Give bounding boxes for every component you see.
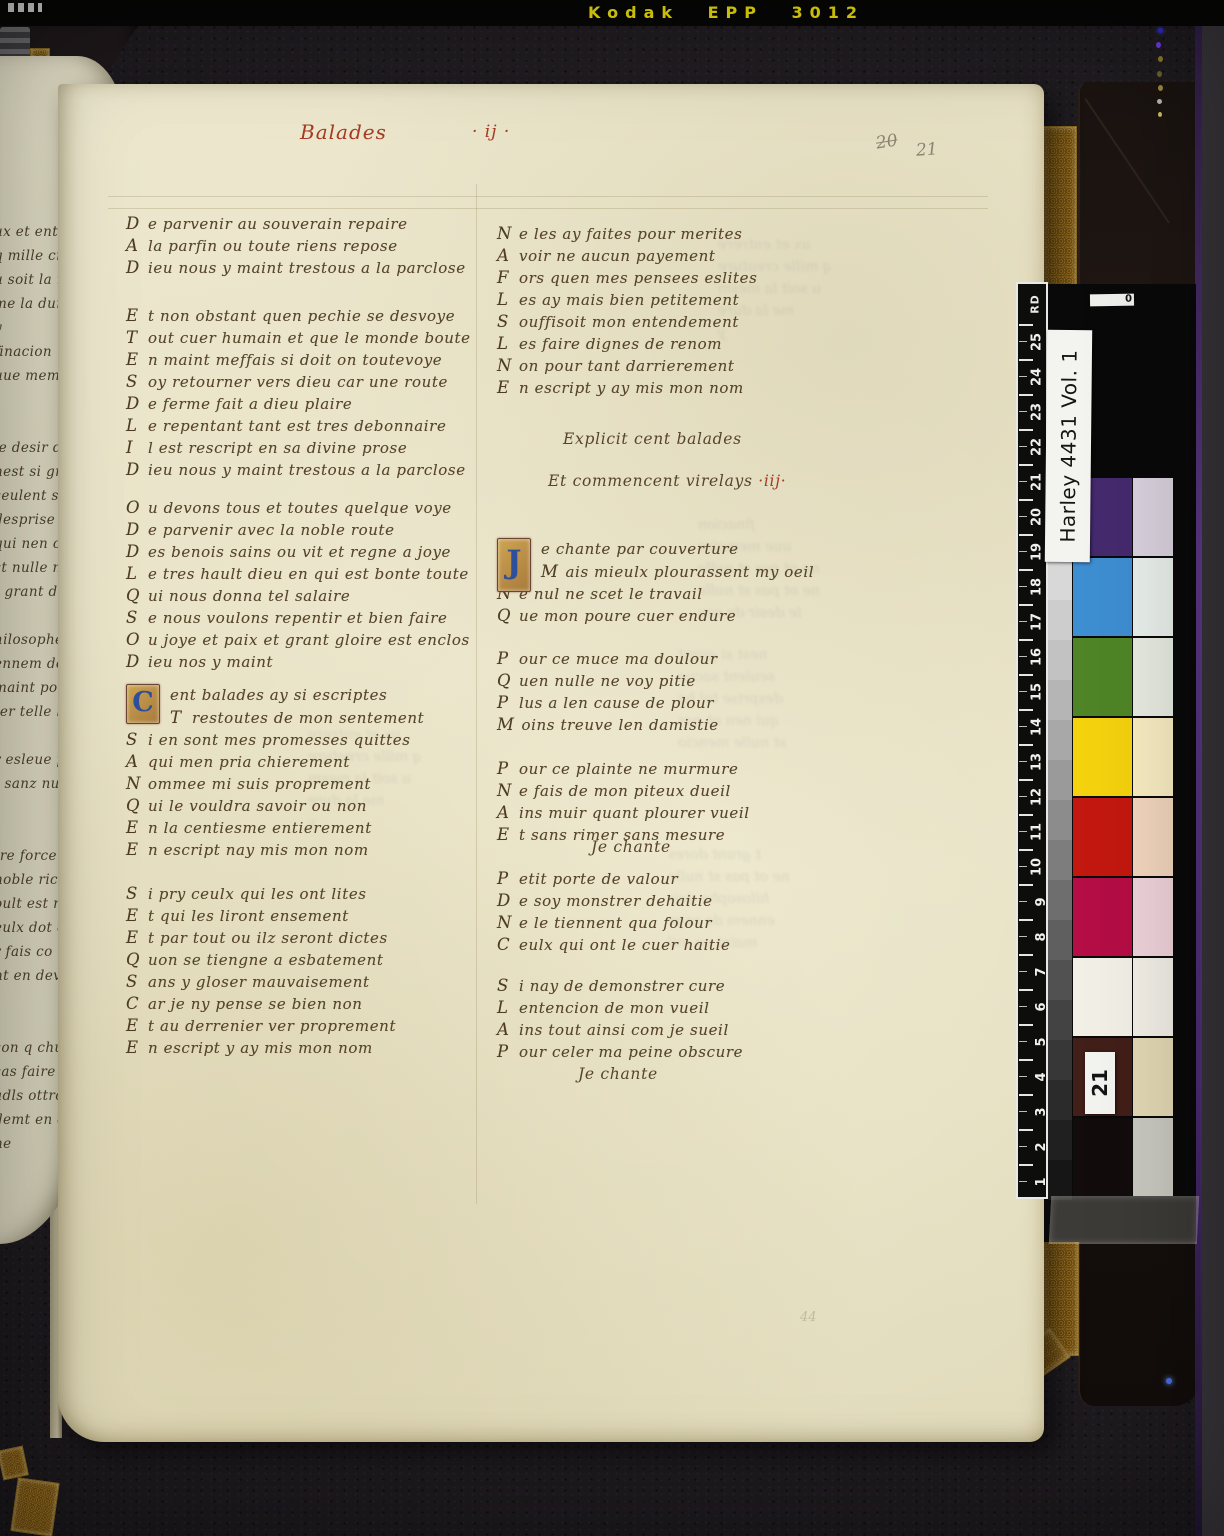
ruler-cell: 23 [1018,394,1046,429]
ruler-number: 18 [1029,577,1044,595]
line-initial: I [126,438,141,457]
line-initial: N [497,781,512,800]
text-line: En maint meffais si doit on toutevoye [126,350,471,372]
film-brand-text: Kodak EPP 3012 [588,3,864,22]
stanza: Ne les ay faites pour meritesAvoir ne au… [497,224,757,400]
ruler-cell: 5 [1018,1024,1046,1059]
text-line: Si en sont mes promesses quittes [126,730,424,752]
ruler-number: 12 [1029,787,1044,805]
line-text: i en sont mes promesses quittes [148,731,411,749]
ruler-number: 20 [1029,507,1044,525]
line-initial: A [497,1020,512,1039]
rubric-numeral: ·iij· [753,472,787,490]
line-initial: T [170,708,185,727]
shelfmark-label: Harley 4431 Vol. 1 [1045,330,1092,562]
ruler-cell: 19 [1018,534,1046,569]
line-text: e nous voulons repentir et bien faire [148,609,447,627]
line-text: lus a len cause de plour [519,694,714,712]
line-initial: E [126,1016,141,1035]
text-line: Plus a len cause de plour [497,693,719,715]
text-line: Pour ce plainte ne murmure [497,759,750,781]
line-text: qui men pria chierement [148,753,350,771]
line-initial: F [497,268,512,287]
line-text: e fais de mon piteux dueil [519,782,731,800]
gray-step [1048,920,1072,960]
corner-label: 0 [1090,294,1134,307]
line-text: ins tout ainsi com je sueil [519,1021,729,1039]
pastel-patch-green [1133,638,1173,718]
text-line: Ains muir quant plourer vueil [497,803,750,825]
ruler-cell: 25 [1018,324,1046,359]
line-text: uen nulle ne voy pitie [519,672,696,690]
pastel-patch-white [1133,958,1173,1038]
gray-step [1048,880,1072,920]
ruler-cell: 11 [1018,814,1046,849]
line-initial: L [126,564,141,583]
bead-chain [1150,24,1170,124]
line-text: ar je ny pense se bien non [148,995,363,1013]
line-text: ieu nous y maint trestous a la parclose [148,259,466,277]
ruler-cell: 9 [1018,884,1046,919]
line-initial: T [126,328,141,347]
line-text: oy retourner vers dieu car une route [148,373,448,391]
line-text: our ce muce ma doulour [519,650,718,668]
quire-numeral: · ij · [472,122,510,142]
page-heading: Balades [300,120,387,144]
line-initial: D [126,394,141,413]
film-edge-line [1195,26,1202,1536]
text-line: ent balades ay si escriptes [126,686,424,708]
ruler-number: 9 [1034,897,1049,906]
text-line: Ne fais de mon piteux dueil [497,781,750,803]
line-text: i pry ceulx qui les ont lites [148,885,367,903]
gray-step [1048,1160,1072,1200]
line-text: ans y gloser mauvaisement [148,973,370,991]
shelfmark-text: Harley 4431 Vol. 1 [1055,349,1081,542]
color-patch-green [1073,638,1132,718]
gilt-fore-edge-top [1041,126,1077,290]
ruler-number: 15 [1029,682,1044,700]
line-initial: E [126,306,141,325]
text-line: Petit porte de valour [497,869,731,891]
ruler-number: 14 [1029,717,1044,735]
line-initial: Q [126,796,141,815]
text-line: De ferme fait a dieu plaire [126,394,471,416]
line-text: our celer ma peine obscure [519,1043,743,1061]
stanza: Cent balades ay si escriptesTrestoutes d… [126,686,424,862]
pastel-patch-black [1133,1118,1173,1198]
line-initial: O [126,498,141,517]
text-line: De parvenir avec la noble route [126,520,470,542]
text-line: Qui nous donna tel salaire [126,586,470,608]
line-text: e tres hault dieu en qui est bonte toute [148,565,469,583]
gray-step [1048,1120,1072,1160]
ruler-cell: 6 [1018,989,1046,1024]
line-initial: A [497,246,512,265]
gray-step [1048,720,1072,760]
text-line: Ne nul ne scet le travail [497,584,814,606]
stanza: De parvenir au souverain repaireAla parf… [126,214,466,280]
ruler-cell: 3 [1018,1094,1046,1129]
ruler-cell: 16 [1018,639,1046,674]
ruler-cell: 4 [1018,1059,1046,1094]
line-text: restoutes de mon sentement [192,709,424,727]
ruler-number: 25 [1029,332,1044,350]
line-initial: N [497,356,512,375]
text-line: Mais mieulx plourassent my oeil [497,562,814,584]
line-initial: A [126,236,141,255]
line-text: ieu nos y maint [148,653,273,671]
text-line: Se nous voulons repentir et bien faire [126,608,470,630]
line-text: ui nous donna tel salaire [148,587,350,605]
line-text: es faire dignes de renom [519,335,722,353]
stanza: Petit porte de valourDe soy monstrer deh… [497,869,731,957]
text-line: Quon se tiengne a esbatement [126,950,396,972]
line-initial: L [497,334,512,353]
ruler-cell: 20 [1018,499,1046,534]
text-line: Le repentant tant est tres debonnaire [126,416,471,438]
line-initial: D [126,460,141,479]
line-initial: N [497,224,512,243]
text-line: Ne le tiennent qua folour [497,913,731,935]
line-text: ui le vouldra savoir ou non [148,797,367,815]
showthrough-line: finacion [698,514,754,536]
line-initial: S [126,608,141,627]
text-line: Nommee mi suis proprement [126,774,424,796]
line-text: l est rescript en sa divine prose [148,439,407,457]
text-line: Sans y gloser mauvaisement [126,972,396,994]
line-text: t par tout ou ilz seront dictes [148,929,388,947]
ruler-cell: 12 [1018,779,1046,814]
gray-step [1048,680,1072,720]
line-text: t au derrenier ver proprement [148,1017,396,1035]
line-initial: L [497,290,512,309]
illuminated-initial: J [497,538,531,592]
ruler-number: 3 [1034,1107,1049,1116]
line-text: la parfin ou toute riens repose [148,237,398,255]
line-text: ommee mi suis proprement [148,775,371,793]
line-text: entencion de mon vueil [519,999,710,1017]
ruling-line [476,184,477,1204]
line-text: e repentant tant est tres debonnaire [148,417,446,435]
line-initial: S [126,972,141,991]
ruler-number: 7 [1034,967,1049,976]
gray-step [1048,640,1072,680]
line-initial: D [126,520,141,539]
incipit-line: Et commencent virelays ·iij· [548,472,786,490]
pencil-note: 44 [800,1310,817,1325]
ruler-cell: 14 [1018,709,1046,744]
text-line: En escript nay mis mon nom [126,840,424,862]
text-line: Dieu nous y maint trestous a la parclose [126,460,471,482]
text-line: En escript y ay mis mon nom [497,378,757,400]
ruler-number: 10 [1029,857,1044,875]
text-line: Ala parfin ou toute riens repose [126,236,466,258]
line-initial: P [497,649,512,668]
text-line: Fors quen mes pensees eslites [497,268,757,290]
line-text: e chante par couverture [541,540,739,558]
ruler-number: 21 [1029,472,1044,490]
manuscript-page: Balades · ij · 20 21 44 ux et entrereq m… [58,84,1044,1442]
color-patch-crimson [1073,878,1132,958]
ruler-number: 19 [1029,542,1044,560]
pastel-patch-red [1133,798,1173,878]
ruler-top: RD [1018,284,1046,324]
ruler-cell: 7 [1018,954,1046,989]
line-text: eulx qui ont le cuer haitie [519,936,731,954]
ruler-number: 1 [1034,1177,1049,1186]
line-initial: E [126,840,141,859]
line-initial: P [497,693,512,712]
line-text: e les ay faites pour merites [519,225,742,243]
ruler-number: 23 [1029,402,1044,420]
text-line: Avoir ne aucun payement [497,246,757,268]
line-initial: E [497,378,512,397]
line-text: n escript nay mis mon nom [148,841,369,859]
line-text: u devons tous et toutes quelque voye [148,499,452,517]
text-line: Ou joye et paix et grant gloire est encl… [126,630,470,652]
ruler-number: 8 [1034,932,1049,941]
ruling-line [108,208,988,209]
text-line: Les faire dignes de renom [497,334,757,356]
grayscale-wedge [1048,480,1072,1200]
showthrough-line: t grant dores [668,844,761,866]
line-initial: E [126,1038,141,1057]
line-text: n escript y ay mis mon nom [148,1039,373,1057]
line-text: i nay de demonstrer cure [519,977,725,995]
line-text: oins treuve len damistie [522,716,719,734]
text-line: Ne les ay faites pour merites [497,224,757,246]
text-line: Ceulx qui ont le cuer haitie [497,935,731,957]
line-initial: Q [497,606,512,625]
line-initial: E [126,818,141,837]
line-text: t qui les liront ensement [148,907,349,925]
text-line: Il est rescript en sa divine prose [126,438,471,460]
stanza: Pour ce plainte ne murmureNe fais de mon… [497,759,750,847]
image-number-label: 21 [1085,1052,1115,1114]
line-text: on pour tant darrierement [519,357,735,375]
gray-step [1048,760,1072,800]
text-line: Le tres hault dieu en qui est bonte tout… [126,564,470,586]
ruling-line [108,196,988,197]
line-initial: P [497,1042,512,1061]
text-line: Pour ce muce ma doulour [497,649,719,671]
stanza: Pour ce muce ma doulourQuen nulle ne voy… [497,649,719,737]
line-initial: D [497,891,512,910]
line-text: ieu nous y maint trestous a la parclose [148,461,466,479]
illuminated-initial: C [126,684,160,724]
line-text: ent balades ay si escriptes [170,686,387,704]
color-patch-black [1073,1118,1132,1198]
ruler: RD 2524232221201918171615141312111098765… [1016,282,1048,1199]
text-line: Moins treuve len damistie [497,715,719,737]
line-text: e nul ne scet le travail [519,585,703,603]
line-initial: O [126,630,141,649]
line-text: es ay mais bien petitement [519,291,739,309]
line-initial: E [126,906,141,925]
folio-number: 21 [915,139,938,160]
line-text: ouffisoit mon entendement [519,313,739,331]
ruler-number: 4 [1034,1072,1049,1081]
line-text: out cuer humain et que le monde boute [148,329,471,347]
text-line: Dieu nous y maint trestous a la parclose [126,258,466,280]
color-patch-white [1073,958,1132,1038]
film-edge-strip [1202,26,1224,1536]
text-line: Si nay de demonstrer cure [497,976,743,998]
text-line: Des benois sains ou vit et regne a joye [126,542,470,564]
manuscript-photo: ux et entrereq mille creatureu soit la m… [0,0,1224,1536]
text-line: Aqui men pria chierement [126,752,424,774]
text-line: Qui le vouldra savoir ou non [126,796,424,818]
refrain: Je chante [578,1065,658,1083]
line-initial: D [126,258,141,277]
line-initial: L [126,416,141,435]
gray-step [1048,600,1072,640]
line-initial: C [126,994,141,1013]
stanza: Et non obstant quen pechie se desvoyeTou… [126,306,471,482]
stanza: Je chante par couvertureMais mieulx plou… [497,540,814,628]
line-text: n la centiesme entierement [148,819,372,837]
ruler-cell: 21 [1018,464,1046,499]
line-initial: S [126,884,141,903]
text-line: En la centiesme entierement [126,818,424,840]
gray-step [1048,1000,1072,1040]
pastel-patch-crimson [1133,878,1173,958]
line-initial: Q [126,586,141,605]
line-text: e le tiennent qua folour [519,914,712,932]
stanza: Ou devons tous et toutes quelque voyeDe … [126,498,470,674]
stanza: Si pry ceulx qui les ont litesEt qui les… [126,884,396,1060]
pastel-patch-maroon [1133,1038,1173,1118]
ruler-number: 5 [1034,1037,1049,1046]
line-initial: N [497,913,512,932]
ruler-number: 6 [1034,1002,1049,1011]
refrain: Je chante [591,838,671,856]
stanza: Si nay de demonstrer cureLentencion de m… [497,976,743,1064]
line-text: ue mon poure cuer endure [519,607,736,625]
color-patch-blue [1073,558,1132,638]
ruler-number: 11 [1029,822,1044,840]
ruler-cell: 18 [1018,569,1046,604]
line-text: our ce plainte ne murmure [519,760,738,778]
gray-step [1048,1040,1072,1080]
text-line: Ou devons tous et toutes quelque voye [126,498,470,520]
line-initial: Q [497,671,512,690]
line-initial: D [126,652,141,671]
ruler-cell: 8 [1018,919,1046,954]
text-line: e chante par couverture [497,540,814,562]
ruler-number: 22 [1029,437,1044,455]
line-initial: E [497,825,512,844]
gray-step [1048,800,1072,840]
line-initial: M [497,715,515,734]
line-text: e ferme fait a dieu plaire [148,395,352,413]
ruler-number: 24 [1029,367,1044,385]
text-line: De soy monstrer dehaitie [497,891,731,913]
text-line: Que mon poure cuer endure [497,606,814,628]
explicit-line: Explicit cent balades [563,430,742,448]
ruler-number: 2 [1034,1142,1049,1151]
line-initial: S [126,730,141,749]
line-text: e parvenir au souverain repaire [148,215,408,233]
line-initial: S [497,312,512,331]
line-text: n escript y ay mis mon nom [519,379,744,397]
ruler-cell: 24 [1018,359,1046,394]
ruler-cell: 1 [1018,1164,1046,1199]
line-initial: P [497,869,512,888]
line-initial: D [126,214,141,233]
tape-overlay [1049,1196,1200,1244]
line-text: es benois sains ou vit et regne a joye [148,543,451,561]
ruler-cell: 13 [1018,744,1046,779]
line-initial: Q [126,950,141,969]
gray-step [1048,960,1072,1000]
ruler-cell: 17 [1018,604,1046,639]
line-initial: M [541,562,559,581]
line-initial: S [497,976,512,995]
text-line: Pour celer ma peine obscure [497,1042,743,1064]
ruler-cell: 10 [1018,849,1046,884]
text-line: Et au derrenier ver proprement [126,1016,396,1038]
folio-number-old: 20 [875,130,900,153]
line-initial: P [497,759,512,778]
text-line: Car je ny pense se bien non [126,994,396,1016]
line-text: voir ne aucun payement [519,247,716,265]
pastel-patch-yellow [1133,718,1173,798]
line-initial: N [126,774,141,793]
text-line: De parvenir au souverain repaire [126,214,466,236]
line-initial: E [126,928,141,947]
line-initial: A [497,803,512,822]
text-line: Les ay mais bien petitement [497,290,757,312]
ruler-cell: 22 [1018,429,1046,464]
line-text: etit porte de valour [519,870,678,888]
text-line: Et qui les liront ensement [126,906,396,928]
text-line: Lentencion de mon vueil [497,998,743,1020]
color-patch-yellow [1073,718,1132,798]
gray-step [1048,560,1072,600]
line-initial: L [497,998,512,1017]
film-edge-marks [8,3,42,12]
line-text: e parvenir avec la noble route [148,521,395,539]
gray-step [1048,840,1072,880]
line-initial: S [126,372,141,391]
ruler-number: 13 [1029,752,1044,770]
text-line: Et non obstant quen pechie se desvoye [126,306,471,328]
text-line: Et par tout ou ilz seront dictes [126,928,396,950]
gold-ornament-bottom-left [0,1446,29,1481]
color-patches-pastel [1133,478,1173,1198]
pastel-patch-blue [1133,558,1173,638]
pastel-patch-purple [1133,478,1173,558]
color-patch-red [1073,798,1132,878]
text-line: Non pour tant darrierement [497,356,757,378]
ruler-number: 16 [1029,647,1044,665]
text-line: Souffisoit mon entendement [497,312,757,334]
text-line: Tout cuer humain et que le monde boute [126,328,471,350]
text-line: Si pry ceulx qui les ont lites [126,884,396,906]
line-text: uon se tiengne a esbatement [148,951,383,969]
line-initial: E [126,350,141,369]
line-text: e soy monstrer dehaitie [519,892,713,910]
text-line: Dieu nos y maint [126,652,470,674]
text-line: Ains tout ainsi com je sueil [497,1020,743,1042]
line-text: t non obstant quen pechie se desvoye [148,307,455,325]
text-line: En escript y ay mis mon nom [126,1038,396,1060]
ruler-cell: 15 [1018,674,1046,709]
gray-step [1048,1080,1072,1120]
line-text: ins muir quant plourer vueil [519,804,750,822]
